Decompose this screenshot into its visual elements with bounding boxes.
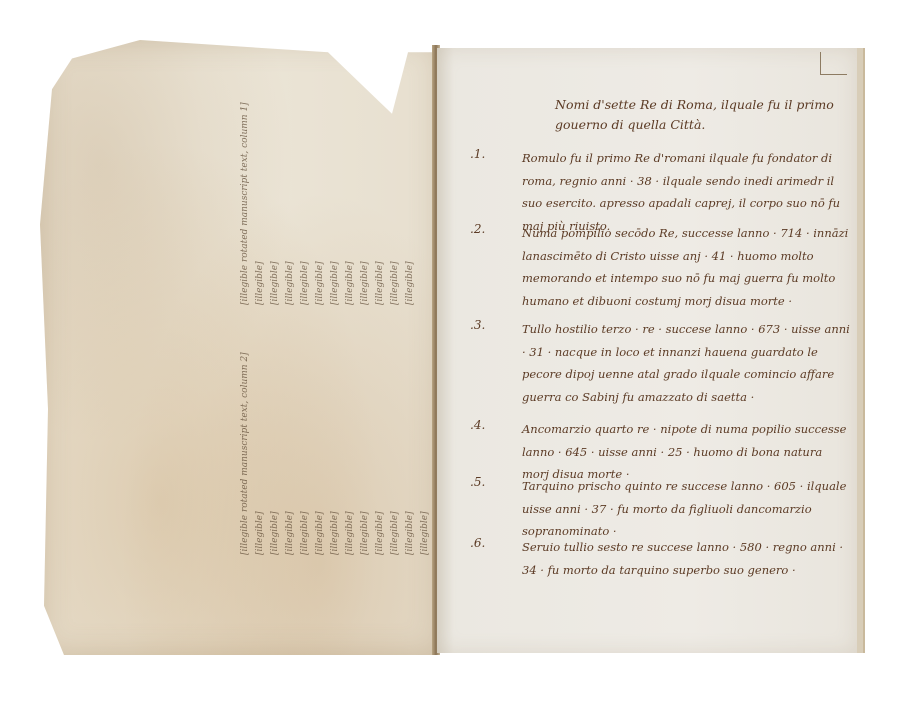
rotated-line: [illegible] [343,345,358,555]
rotated-line: [illegible] [253,100,268,305]
corner-fold [820,52,847,75]
manuscript-photo: [illegible rotated manuscript text, colu… [0,0,900,710]
rotated-line: [illegible rotated manuscript text, colu… [238,100,253,305]
rotated-line: [illegible] [358,345,373,555]
rotated-line: [illegible] [283,100,298,305]
rotated-line: [illegible] [418,345,433,555]
entry-number: .6. [470,536,510,550]
page-title: Nomi d'sette Re di Roma, ilquale fu il p… [555,95,855,135]
rotated-line: [illegible] [313,345,328,555]
rotated-line: [illegible] [403,100,418,305]
rotated-line: [illegible] [388,100,403,305]
rotated-line: [illegible] [268,100,283,305]
rotated-line: [illegible] [403,345,418,555]
rotated-line: [illegible] [328,345,343,555]
entry-text: Numa pompilio secōdo Re, successe lanno … [522,222,850,312]
entry-number: .3. [470,318,510,332]
rotated-line: [illegible] [313,100,328,305]
rotated-line: [illegible] [253,345,268,555]
rotated-line: [illegible rotated manuscript text, colu… [238,345,253,555]
rotated-line: [illegible] [373,100,388,305]
entry-number: .2. [470,222,510,236]
rotated-line: [illegible] [298,345,313,555]
entry-text: Tarquino prischo quinto re succese lanno… [522,475,850,543]
entry-number: .4. [470,418,510,432]
entry-text: Seruio tullio sesto re succese lanno · 5… [522,536,850,581]
rotated-line: [illegible] [358,100,373,305]
rotated-line: [illegible] [373,345,388,555]
left-page-rotated-text-bottom: [illegible rotated manuscript text, colu… [238,345,433,555]
rotated-line: [illegible] [283,345,298,555]
entry-text: Tullo hostilio terzo · re · succese lann… [522,318,850,408]
rotated-line: [illegible] [388,345,403,555]
rotated-line: [illegible] [298,100,313,305]
entry-number: .5. [470,475,510,489]
left-page-rotated-text-top: [illegible rotated manuscript text, colu… [238,100,433,305]
rotated-line: [illegible] [343,100,358,305]
rotated-line: [illegible] [328,100,343,305]
rotated-line: [illegible] [268,345,283,555]
entry-number: .1. [470,147,510,161]
